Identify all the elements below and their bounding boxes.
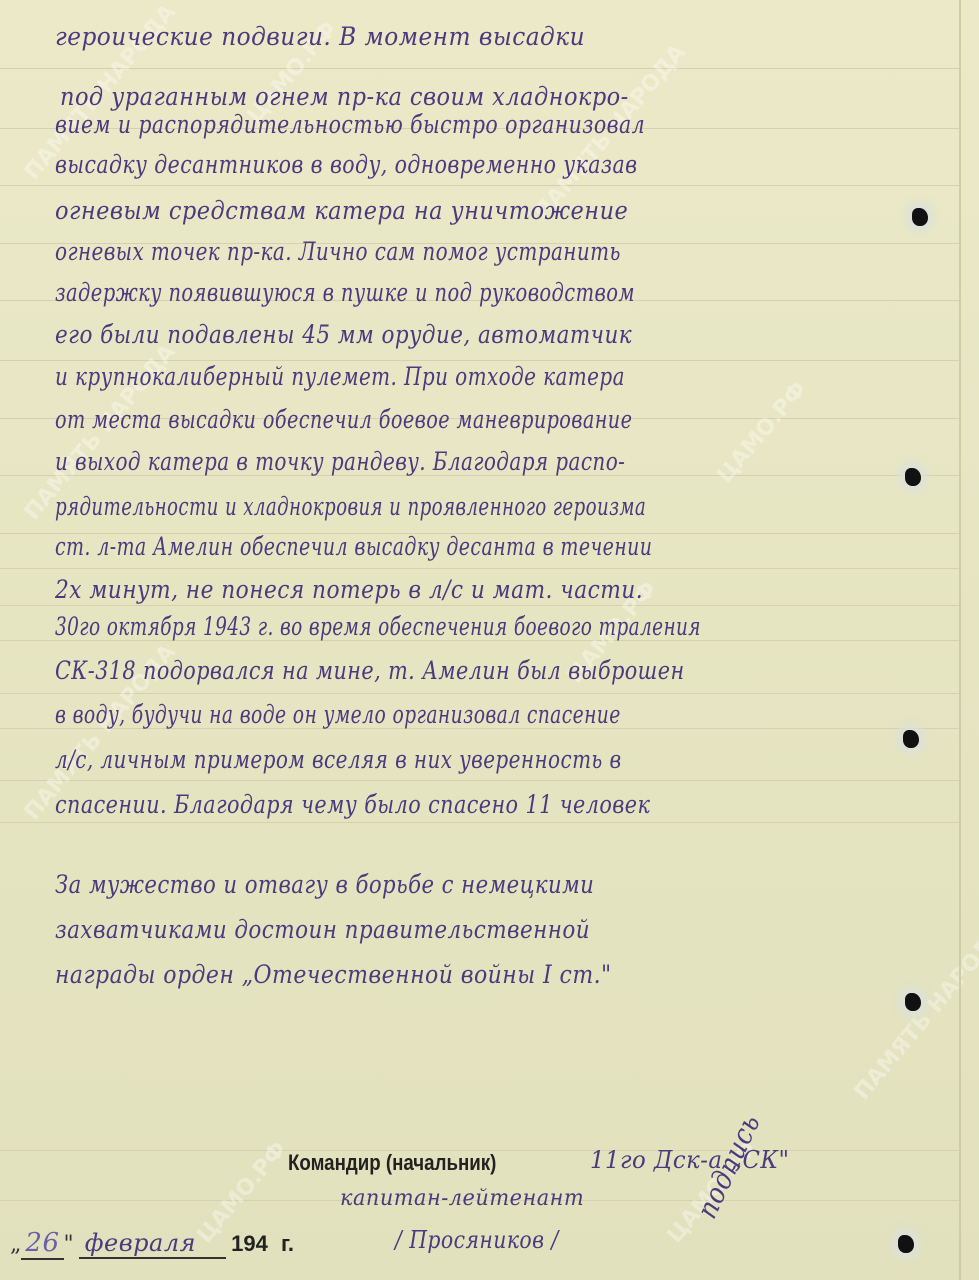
watermark: ПАМЯТЬ НАРОДА: [850, 920, 979, 1105]
typed-commander-label: Командир (начальник): [288, 1150, 496, 1176]
body-line: его были подавлены 45 мм орудие, автомат…: [55, 320, 632, 349]
punch-hole: [905, 468, 921, 486]
ruled-line: [0, 568, 960, 569]
date-year-prefix: 194: [231, 1231, 268, 1257]
body-line: 2х минут, не понеся потерь в л/с и мат. …: [55, 575, 643, 604]
body-line: ст. л-та Амелин обеспечил высадку десант…: [55, 532, 652, 561]
body-line: рядительности и хладнокровия и проявленн…: [55, 492, 646, 521]
body-line: СК-318 подорвался на мине, т. Амелин был…: [55, 656, 685, 685]
body-line: и крупнокалиберный пулемет. При отходе к…: [55, 362, 625, 391]
document-page: ПАМЯТЬ НАРОДА ЦАМО.РФ ПАМЯТЬ НАРОДА ПАМЯ…: [0, 0, 979, 1280]
conclusion-line: награды орден „Отечественной войны I ст.…: [55, 960, 612, 989]
ruled-line: [0, 185, 960, 186]
ruled-line: [0, 822, 960, 823]
punch-hole: [898, 1235, 914, 1253]
body-line: высадку десантников в воду, одновременно…: [55, 150, 637, 179]
punch-hole: [905, 993, 921, 1011]
body-line: героические подвиги. В момент высадки: [55, 22, 585, 51]
signer-rank: капитан-лейтенант: [340, 1186, 584, 1211]
date-month: февраля: [79, 1229, 226, 1259]
quote-open: „: [10, 1232, 21, 1257]
ruled-line: [0, 360, 960, 361]
date-line: „26" февраля 194 г.: [10, 1228, 294, 1260]
signer-name: / Просяников /: [395, 1226, 559, 1254]
ruled-line: [0, 780, 960, 781]
body-line: огневых точек пр-ка. Лично сам помог уст…: [55, 237, 621, 266]
body-line: вием и распорядительностью быстро органи…: [55, 110, 645, 139]
conclusion-line: захватчиками достоин правительственной: [55, 915, 590, 944]
body-line: под ураганным огнем пр-ка своим хладнокр…: [60, 82, 629, 111]
punch-hole: [912, 208, 928, 226]
date-day: 26: [21, 1228, 63, 1260]
conclusion-line: За мужество и отвагу в борьбе с немецким…: [55, 870, 594, 899]
body-line: спасении. Благодаря чему было спасено 11…: [55, 790, 650, 819]
body-line: огневым средствам катера на уничтожение: [55, 196, 628, 225]
date-year-suffix: г.: [281, 1231, 294, 1257]
watermark: ЦАМО.РФ: [713, 377, 812, 488]
body-line: от места высадки обеспечил боевое маневр…: [55, 405, 632, 434]
body-line: и выход катера в точку рандеву. Благодар…: [55, 447, 625, 476]
quote-close: ": [64, 1232, 74, 1257]
body-line: л/с, личным примером вселяя в них уверен…: [55, 745, 622, 774]
punch-hole: [903, 730, 919, 748]
ruled-line: [0, 693, 960, 694]
body-line: 30го октября 1943 г. во время обеспечени…: [55, 612, 701, 641]
unit-name: 11го Дск-а „СК": [590, 1146, 790, 1174]
body-line: в воду, будучи на воде он умело организо…: [55, 700, 621, 729]
ruled-line: [0, 68, 960, 69]
body-line: задержку появившуюся в пушке и под руков…: [55, 278, 635, 307]
ruled-line: [0, 605, 960, 606]
